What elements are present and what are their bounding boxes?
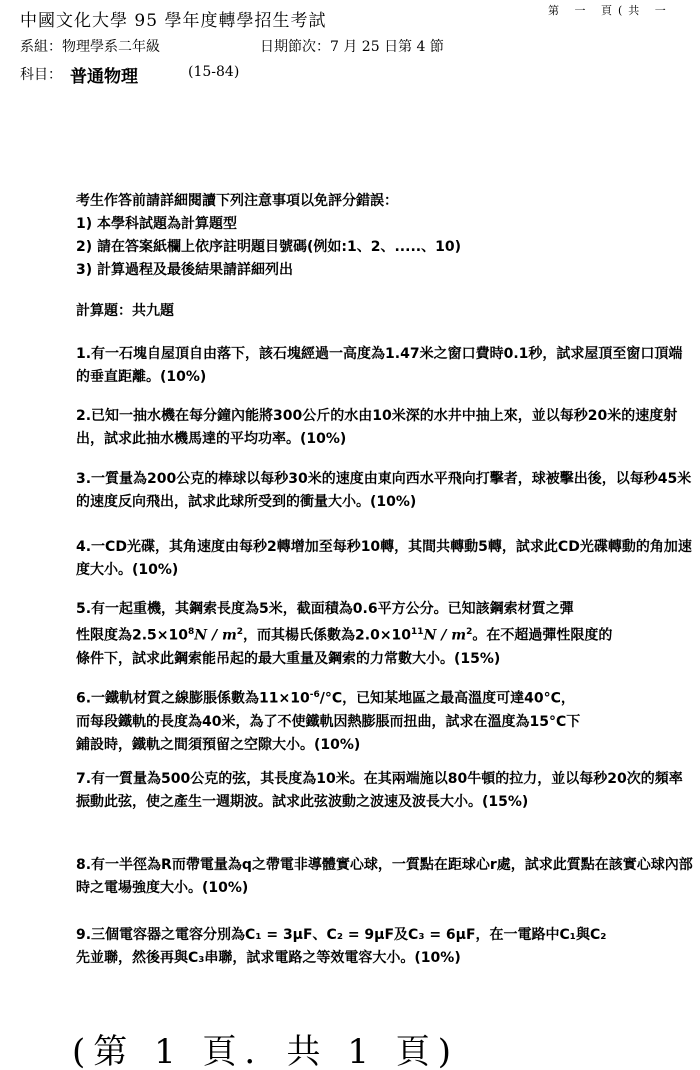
date-label: 日期節次： [260, 39, 330, 55]
q5-line3: 條件下，試求此鋼索能吊起的最大重量及鋼索的力常數大小。(15%) [76, 648, 696, 671]
q6-line2: 而每段鐵軌的長度為40米，為了不使鐵軌因熱膨脹而扭曲，試求在溫度為15°C下 [76, 711, 696, 734]
q5-text: ，而其楊氏係數為2.0×10 [243, 628, 411, 644]
date-value: 7 月 25 日第 4 節 [330, 39, 444, 55]
q5-line1: 5.有一起重機，其鋼索長度為5米，截面積為0.6平方公分。已知該鋼索材質之彈 [76, 598, 696, 621]
q9-line1: 9.三個電容器之電容分別為C₁ = 3μF、C₂ = 9μF及C₃ = 6μF，… [76, 924, 696, 947]
instruction-item: 3) 計算過程及最後結果請詳細列出 [76, 259, 461, 282]
subject-code: (15-84) [188, 64, 239, 80]
q5-text: 。在不超過彈性限度的 [472, 628, 612, 644]
q5-exponent: 11 [411, 627, 424, 637]
section-title: 計算題：共九題 [76, 300, 174, 320]
department-label: 系組： [20, 39, 62, 55]
instruction-item: 1) 本學科試題為計算題型 [76, 213, 461, 236]
department: 系組：物理學系二年級 [20, 36, 160, 56]
question-5: 5.有一起重機，其鋼索長度為5米，截面積為0.6平方公分。已知該鋼索材質之彈 性… [76, 598, 696, 671]
q5-unit: N / m [424, 628, 466, 644]
department-value: 物理學系二年級 [62, 39, 160, 55]
question-4: 4.一CD光碟，其角速度由每秒2轉增加至每秒10轉，其間共轉動5轉，試求此CD光… [76, 536, 696, 582]
q6-exponent: -6 [310, 690, 320, 700]
page-corner-fragment: 第 一 頁(共 一 [548, 2, 672, 18]
question-9: 9.三個電容器之電容分別為C₁ = 3μF、C₂ = 9μF及C₃ = 6μF，… [76, 924, 696, 970]
instruction-item: 2) 請在答案紙欄上依序註明題目號碼(例如:1、2、.....、10) [76, 236, 461, 259]
page-number: (第 1 頁．共 1 頁) [72, 1024, 459, 1070]
q6-line1: 6.一鐵軌材質之線膨脹係數為11×10-6/°C，已知某地區之最高溫度可達40°… [76, 684, 696, 711]
q9-line2: 先並聯，然後再與C₃串聯，試求電路之等效電容大小。(10%) [76, 947, 696, 970]
question-7: 7.有一質量為500公克的弦，其長度為10米。在其兩端施以80牛頓的拉力，並以每… [76, 768, 696, 814]
q5-line2: 性限度為2.5×108N / m2，而其楊氏係數為2.0×1011N / m2。… [76, 621, 696, 648]
q6-text: /°C，已知某地區之最高溫度可達40°C， [320, 691, 575, 707]
q6-line3: 鋪設時，鐵軌之間須預留之空隙大小。(10%) [76, 734, 696, 757]
q6-text: 6.一鐵軌材質之線膨脹係數為11×10 [76, 691, 310, 707]
exam-date: 日期節次：7 月 25 日第 4 節 [260, 36, 444, 56]
subject-label: 科目： [20, 64, 62, 84]
question-8: 8.有一半徑為R而帶電量為q之帶電非導體實心球，一質點在距球心r處，試求此質點在… [76, 854, 696, 900]
instructions-intro: 考生作答前請詳細閱讀下列注意事項以免評分錯誤： [76, 190, 461, 213]
q5-text: 性限度為2.5×10 [76, 628, 188, 644]
exam-title: 中國文化大學 95 學年度轉學招生考試 [20, 6, 326, 31]
subject-value: 普通物理 [70, 62, 138, 87]
instructions: 考生作答前請詳細閱讀下列注意事項以免評分錯誤： 1) 本學科試題為計算題型 2)… [76, 190, 461, 282]
q5-unit: N / m [194, 628, 236, 644]
question-2: 2.已知一抽水機在每分鐘內能將300公斤的水由10米深的水井中抽上來，並以每秒2… [76, 405, 696, 451]
question-1: 1.有一石塊自屋頂自由落下，該石塊經過一高度為1.47米之窗口費時0.1秒，試求… [76, 343, 696, 389]
question-6: 6.一鐵軌材質之線膨脹係數為11×10-6/°C，已知某地區之最高溫度可達40°… [76, 684, 696, 757]
question-3: 3.一質量為200公克的棒球以每秒30米的速度由東向西水平飛向打擊者，球被擊出後… [76, 468, 696, 514]
